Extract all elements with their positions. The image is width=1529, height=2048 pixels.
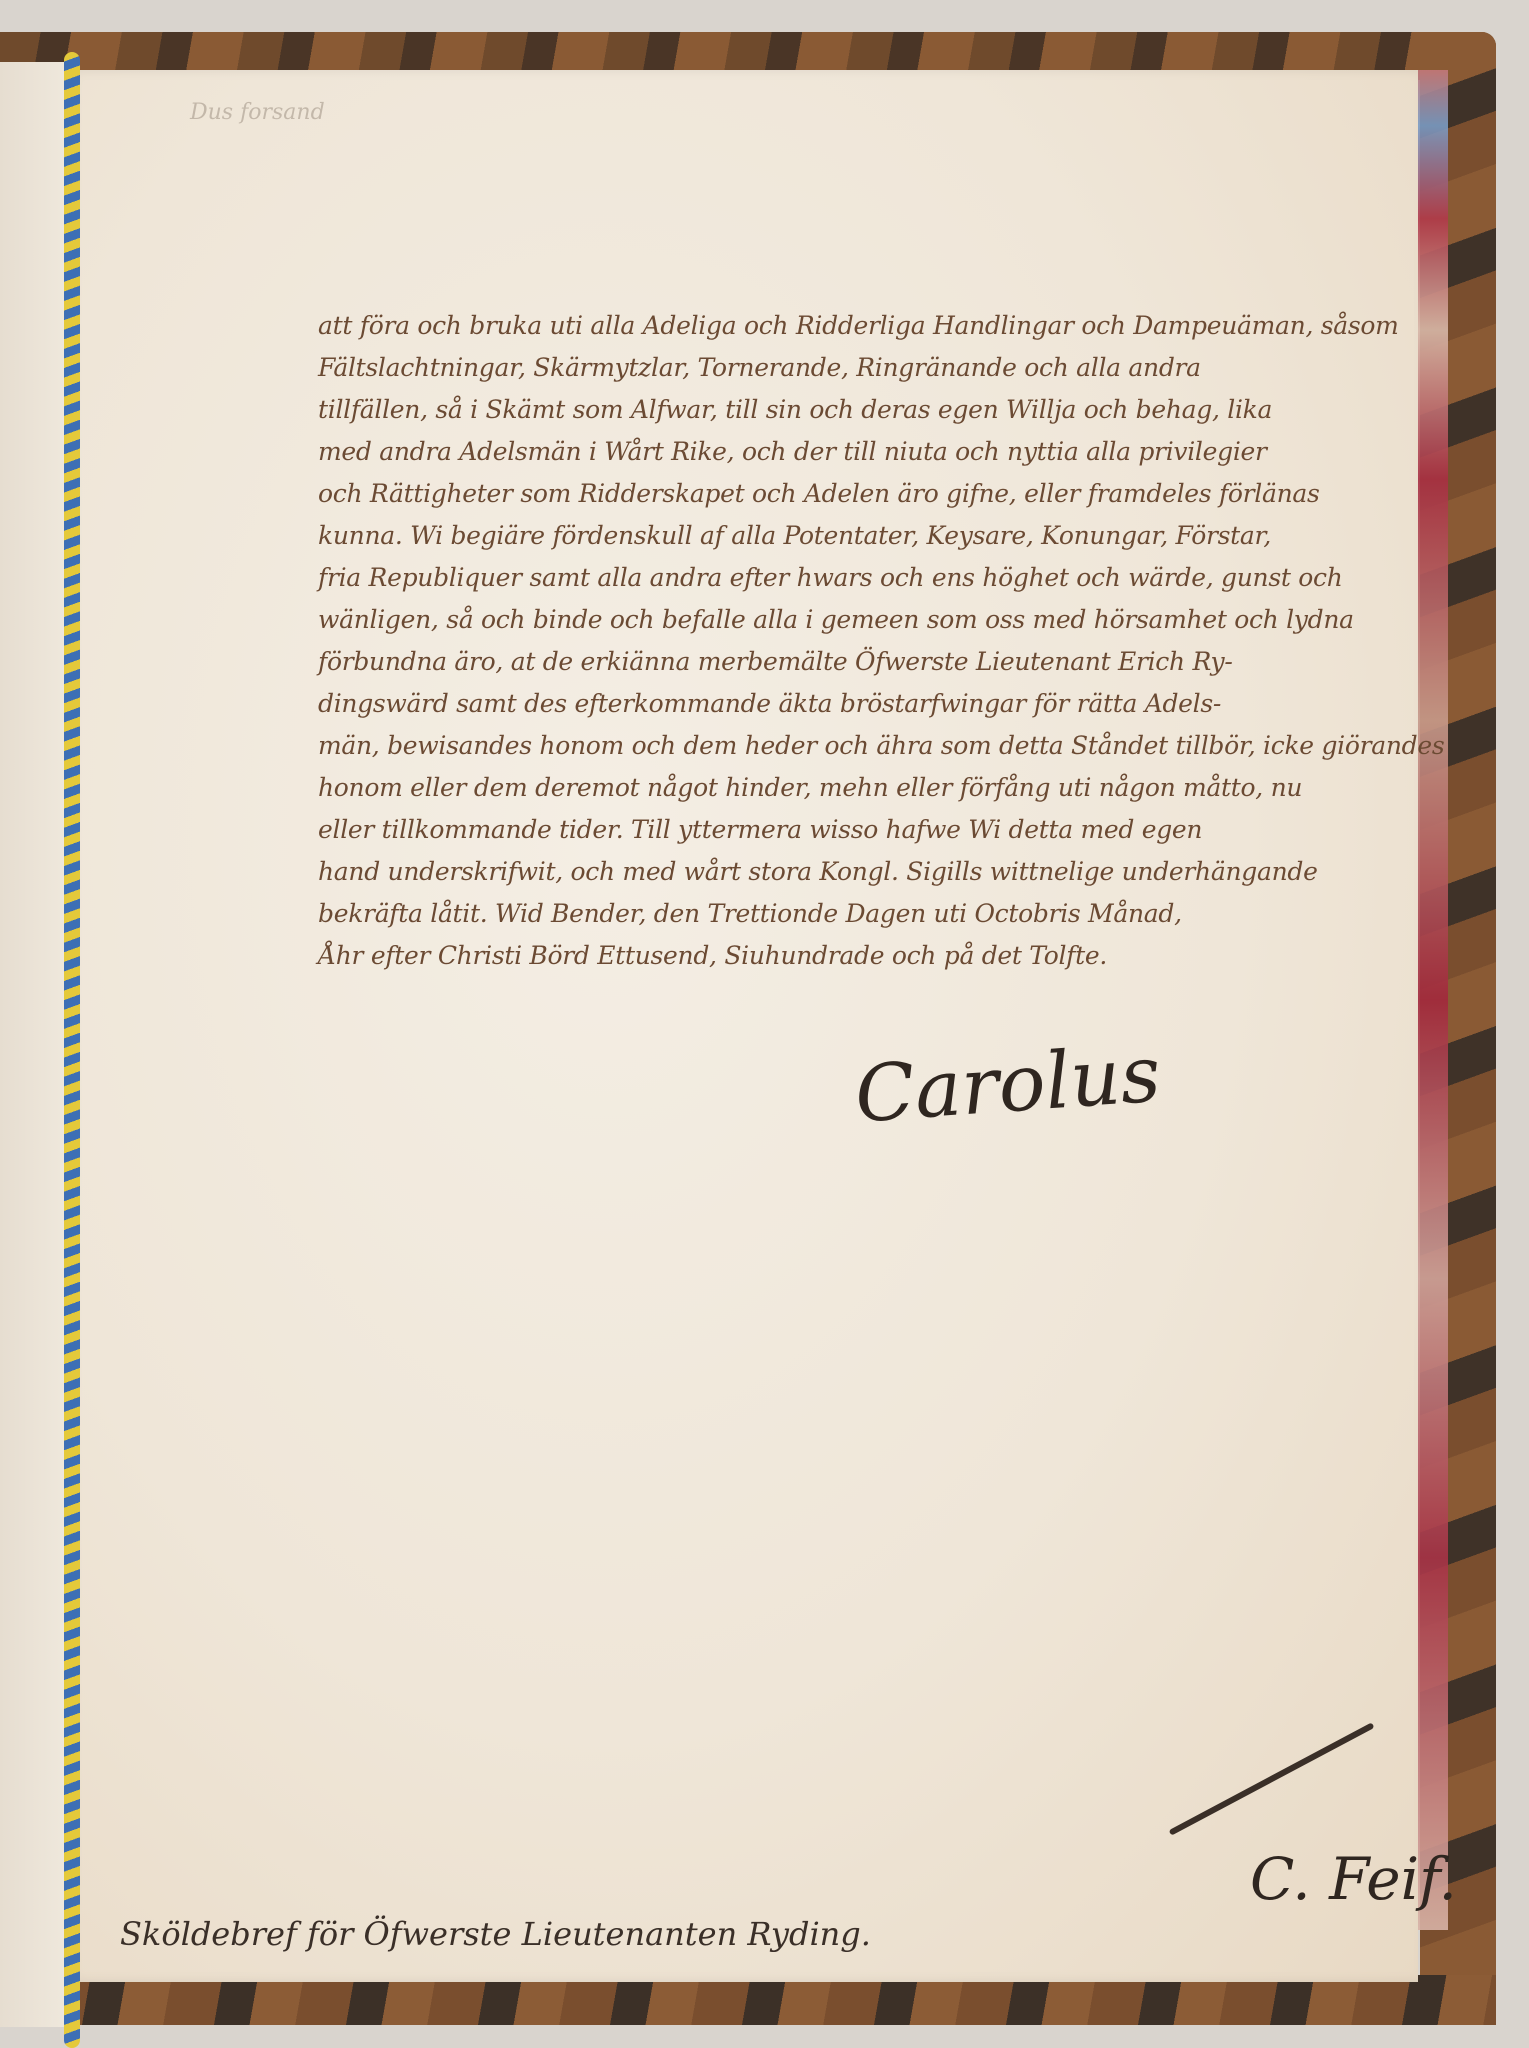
text-line: hand underskrifwit, och med wårt stora K… <box>318 851 1408 893</box>
text-line: och Rättigheter som Ridderskapet och Ade… <box>318 473 1408 515</box>
text-line: kunna. Wi begiäre fördenskull af alla Po… <box>318 515 1408 557</box>
yellow-blue-seal-cord <box>64 52 80 2048</box>
text-line: dingswärd samt des efterkommande äkta br… <box>318 683 1408 725</box>
book-binding-bottom <box>40 1975 1496 2025</box>
endorsement-note: Sköldebref för Öfwerste Lieutenanten Ryd… <box>120 1915 871 1953</box>
left-page-edge <box>0 62 66 2027</box>
text-line: fria Republiquer samt alla andra efter h… <box>318 557 1408 599</box>
text-line: förbundna äro, at de erkiänna merbemälte… <box>318 641 1408 683</box>
text-line: eller tillkommande tider. Till yttermera… <box>318 809 1408 851</box>
text-line: att föra och bruka uti alla Adeliga och … <box>318 305 1408 347</box>
text-line: honom eller dem deremot något hinder, me… <box>318 767 1408 809</box>
text-line: män, bewisandes honom och dem heder och … <box>318 725 1408 767</box>
countersignature: C. Feif. <box>1250 1845 1457 1913</box>
pencil-note: Dus forsand <box>190 100 325 125</box>
marbled-page-edge <box>1418 70 1448 1930</box>
text-line: wänligen, så och binde och befalle alla … <box>318 599 1408 641</box>
text-line: med andra Adelsmän i Wårt Rike, och der … <box>318 431 1408 473</box>
text-line: tillfällen, så i Skämt som Alfwar, till … <box>318 389 1408 431</box>
manuscript-body-text: att föra och bruka uti alla Adeliga och … <box>318 305 1408 977</box>
text-line: Åhr efter Christi Börd Ettusend, Siuhund… <box>318 935 1408 977</box>
text-line: Fältslachtningar, Skärmytzlar, Tornerand… <box>318 347 1408 389</box>
text-line: bekräfta låtit. Wid Bender, den Trettion… <box>318 893 1408 935</box>
